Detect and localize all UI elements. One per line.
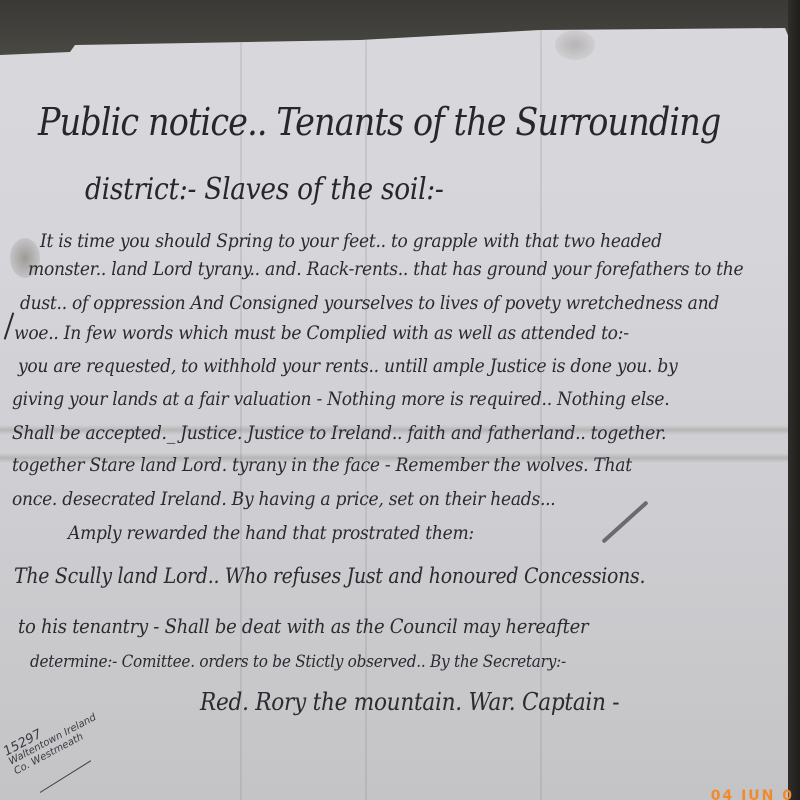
document-sheet: Public notice.. Tenants of the Surroundi… [0,0,790,800]
body-line: to his tenantry - Shall be deat with as … [18,614,588,638]
body-line: determine:- Comittee. orders to be Stict… [30,652,566,672]
fold-crease [365,30,367,800]
body-line: once. desecrated Ireland. By having a pr… [12,488,555,510]
backdrop-edge [788,0,800,800]
document-subtitle: district:- Slaves of the soil:- [85,172,444,207]
body-line: The Scully land Lord.. Who refuses Just … [14,564,645,588]
body-line: monster.. land Lord tyrany.. and. Rack-r… [28,258,743,280]
archive-annotation: 15297 Waltentown Ireland Co. Westmeath [2,702,103,777]
body-line: woe.. In few words which must be Complie… [14,322,629,344]
body-line: Shall be accepted._ Justice. Justice to … [12,422,666,444]
body-line: you are requested, to withhold your rent… [18,355,677,377]
body-line: dust.. of oppression And Consigned yours… [20,292,719,314]
document-title: Public notice.. Tenants of the Surroundi… [38,100,720,144]
signature: Red. Rory the mountain. War. Captain - [200,688,619,716]
camera-date-stamp: 04 JUN 0 [711,788,794,800]
ink-stroke-mark [601,500,648,543]
body-line: together Stare land Lord. tyrany in the … [12,454,632,476]
fold-crease [240,30,242,800]
fold-crease [540,30,542,800]
body-line: Amply rewarded the hand that prostrated … [68,522,474,544]
archive-underline [40,760,91,793]
body-line: giving your lands at a fair valuation - … [12,388,669,410]
margin-mark [4,312,15,339]
water-stain [555,30,595,60]
body-line: It is time you should Spring to your fee… [40,230,662,252]
